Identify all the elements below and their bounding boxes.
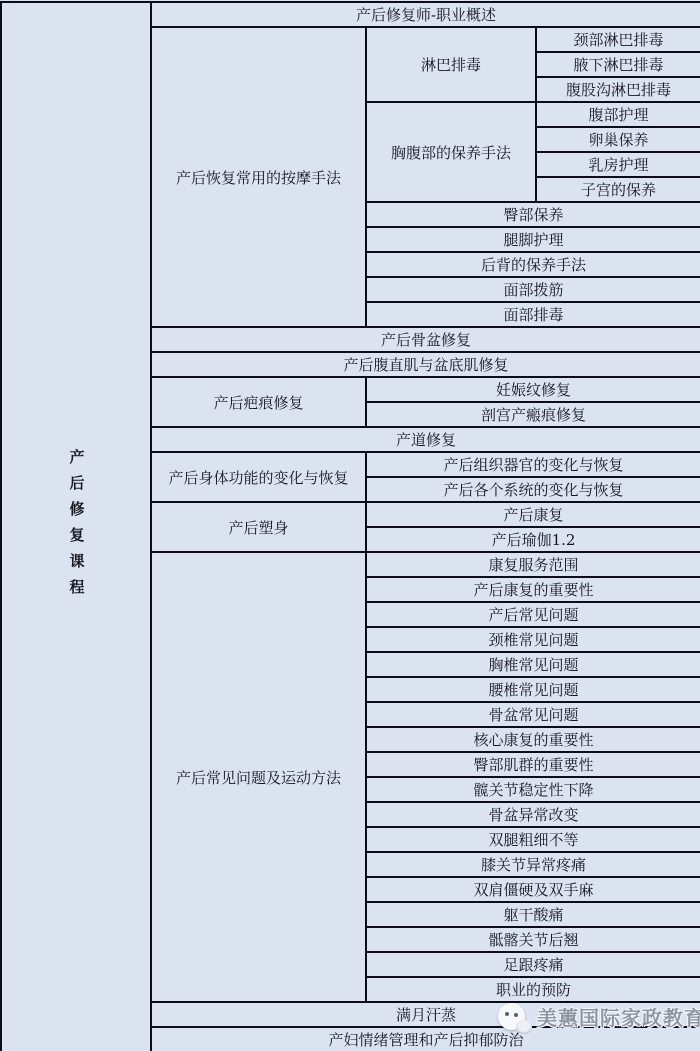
cell-body-shaping-section: 产后塑身 (151, 502, 366, 552)
cell-massage-other: 后背的保养手法 (366, 252, 700, 277)
cell-common-problem-item: 核心康复的重要性 (366, 727, 700, 752)
cell-lymph-item: 腋下淋巴排毒 (536, 52, 700, 77)
cell-common-problem-item: 产后常见问题 (366, 602, 700, 627)
cell-common-problem-item: 髋关节稳定性下降 (366, 777, 700, 802)
cell-chest-abdomen-item: 腹部护理 (536, 102, 700, 127)
cell-massage-section: 产后恢复常用的按摩手法 (151, 27, 366, 327)
cell-body-shaping-item: 产后瑜伽1.2 (366, 527, 700, 552)
cell-scar-item: 妊娠纹修复 (366, 377, 700, 402)
cell-massage-other: 腿脚护理 (366, 227, 700, 252)
cell-common-problem-item: 胸椎常见问题 (366, 652, 700, 677)
course-title: 产后修复课程 (69, 449, 84, 605)
cell-birth-canal-repair: 产道修复 (151, 427, 700, 452)
cell-body-function-item: 产后组织器官的变化与恢复 (366, 452, 700, 477)
cell-common-problem-item: 膝关节异常疼痛 (366, 852, 700, 877)
curriculum-chart: 产后修复课程 产后修复师-职业概述 产后恢复常用的按摩手法 淋巴排毒 颈部淋巴排… (0, 0, 700, 1051)
course-table: 产后修复课程 产后修复师-职业概述 产后恢复常用的按摩手法 淋巴排毒 颈部淋巴排… (0, 1, 700, 1051)
cell-chest-abdomen: 胸腹部的保养手法 (366, 102, 536, 202)
cell-emotion-management: 产妇情绪管理和产后抑郁防治 (151, 1027, 700, 1051)
cell-common-problem-item: 双腿粗细不等 (366, 827, 700, 852)
cell-body-function-section: 产后身体功能的变化与恢复 (151, 452, 366, 502)
cell-massage-other: 臀部保养 (366, 202, 700, 227)
cell-chest-abdomen-item: 乳房护理 (536, 152, 700, 177)
cell-header: 产后修复师-职业概述 (151, 2, 700, 27)
cell-body-shaping-item: 产后康复 (366, 502, 700, 527)
cell-full-moon-sweat: 满月汗蒸 (151, 1002, 700, 1027)
cell-massage-other: 面部拨筋 (366, 277, 700, 302)
cell-common-problems-section: 产后常见问题及运动方法 (151, 552, 366, 1002)
cell-common-problem-item: 双肩僵硬及双手麻 (366, 877, 700, 902)
cell-common-problem-item: 骨盆常见问题 (366, 702, 700, 727)
cell-body-function-item: 产后各个系统的变化与恢复 (366, 477, 700, 502)
cell-common-problem-item: 颈椎常见问题 (366, 627, 700, 652)
cell-massage-other: 面部排毒 (366, 302, 700, 327)
cell-common-problem-item: 骶髂关节后翘 (366, 927, 700, 952)
table-row: 产后修复课程 产后修复师-职业概述 (1, 2, 700, 27)
cell-lymph-item: 颈部淋巴排毒 (536, 27, 700, 52)
cell-common-problem-item: 职业的预防 (366, 977, 700, 1002)
cell-lymph: 淋巴排毒 (366, 27, 536, 102)
course-title-cell: 产后修复课程 (1, 2, 151, 1051)
cell-lymph-item: 腹股沟淋巴排毒 (536, 77, 700, 102)
cell-common-problem-item: 腰椎常见问题 (366, 677, 700, 702)
cell-scar-section: 产后疤痕修复 (151, 377, 366, 427)
cell-common-problem-item: 康复服务范围 (366, 552, 700, 577)
cell-pelvis-repair: 产后骨盆修复 (151, 327, 700, 352)
cell-rectus-pelvic-repair: 产后腹直肌与盆底肌修复 (151, 352, 700, 377)
cell-common-problem-item: 产后康复的重要性 (366, 577, 700, 602)
cell-common-problem-item: 躯干酸痛 (366, 902, 700, 927)
cell-chest-abdomen-item: 卵巢保养 (536, 127, 700, 152)
cell-scar-item: 剖宫产瘢痕修复 (366, 402, 700, 427)
cell-common-problem-item: 骨盆异常改变 (366, 802, 700, 827)
cell-common-problem-item: 足跟疼痛 (366, 952, 700, 977)
cell-common-problem-item: 臀部肌群的重要性 (366, 752, 700, 777)
cell-chest-abdomen-item: 子宫的保养 (536, 177, 700, 202)
